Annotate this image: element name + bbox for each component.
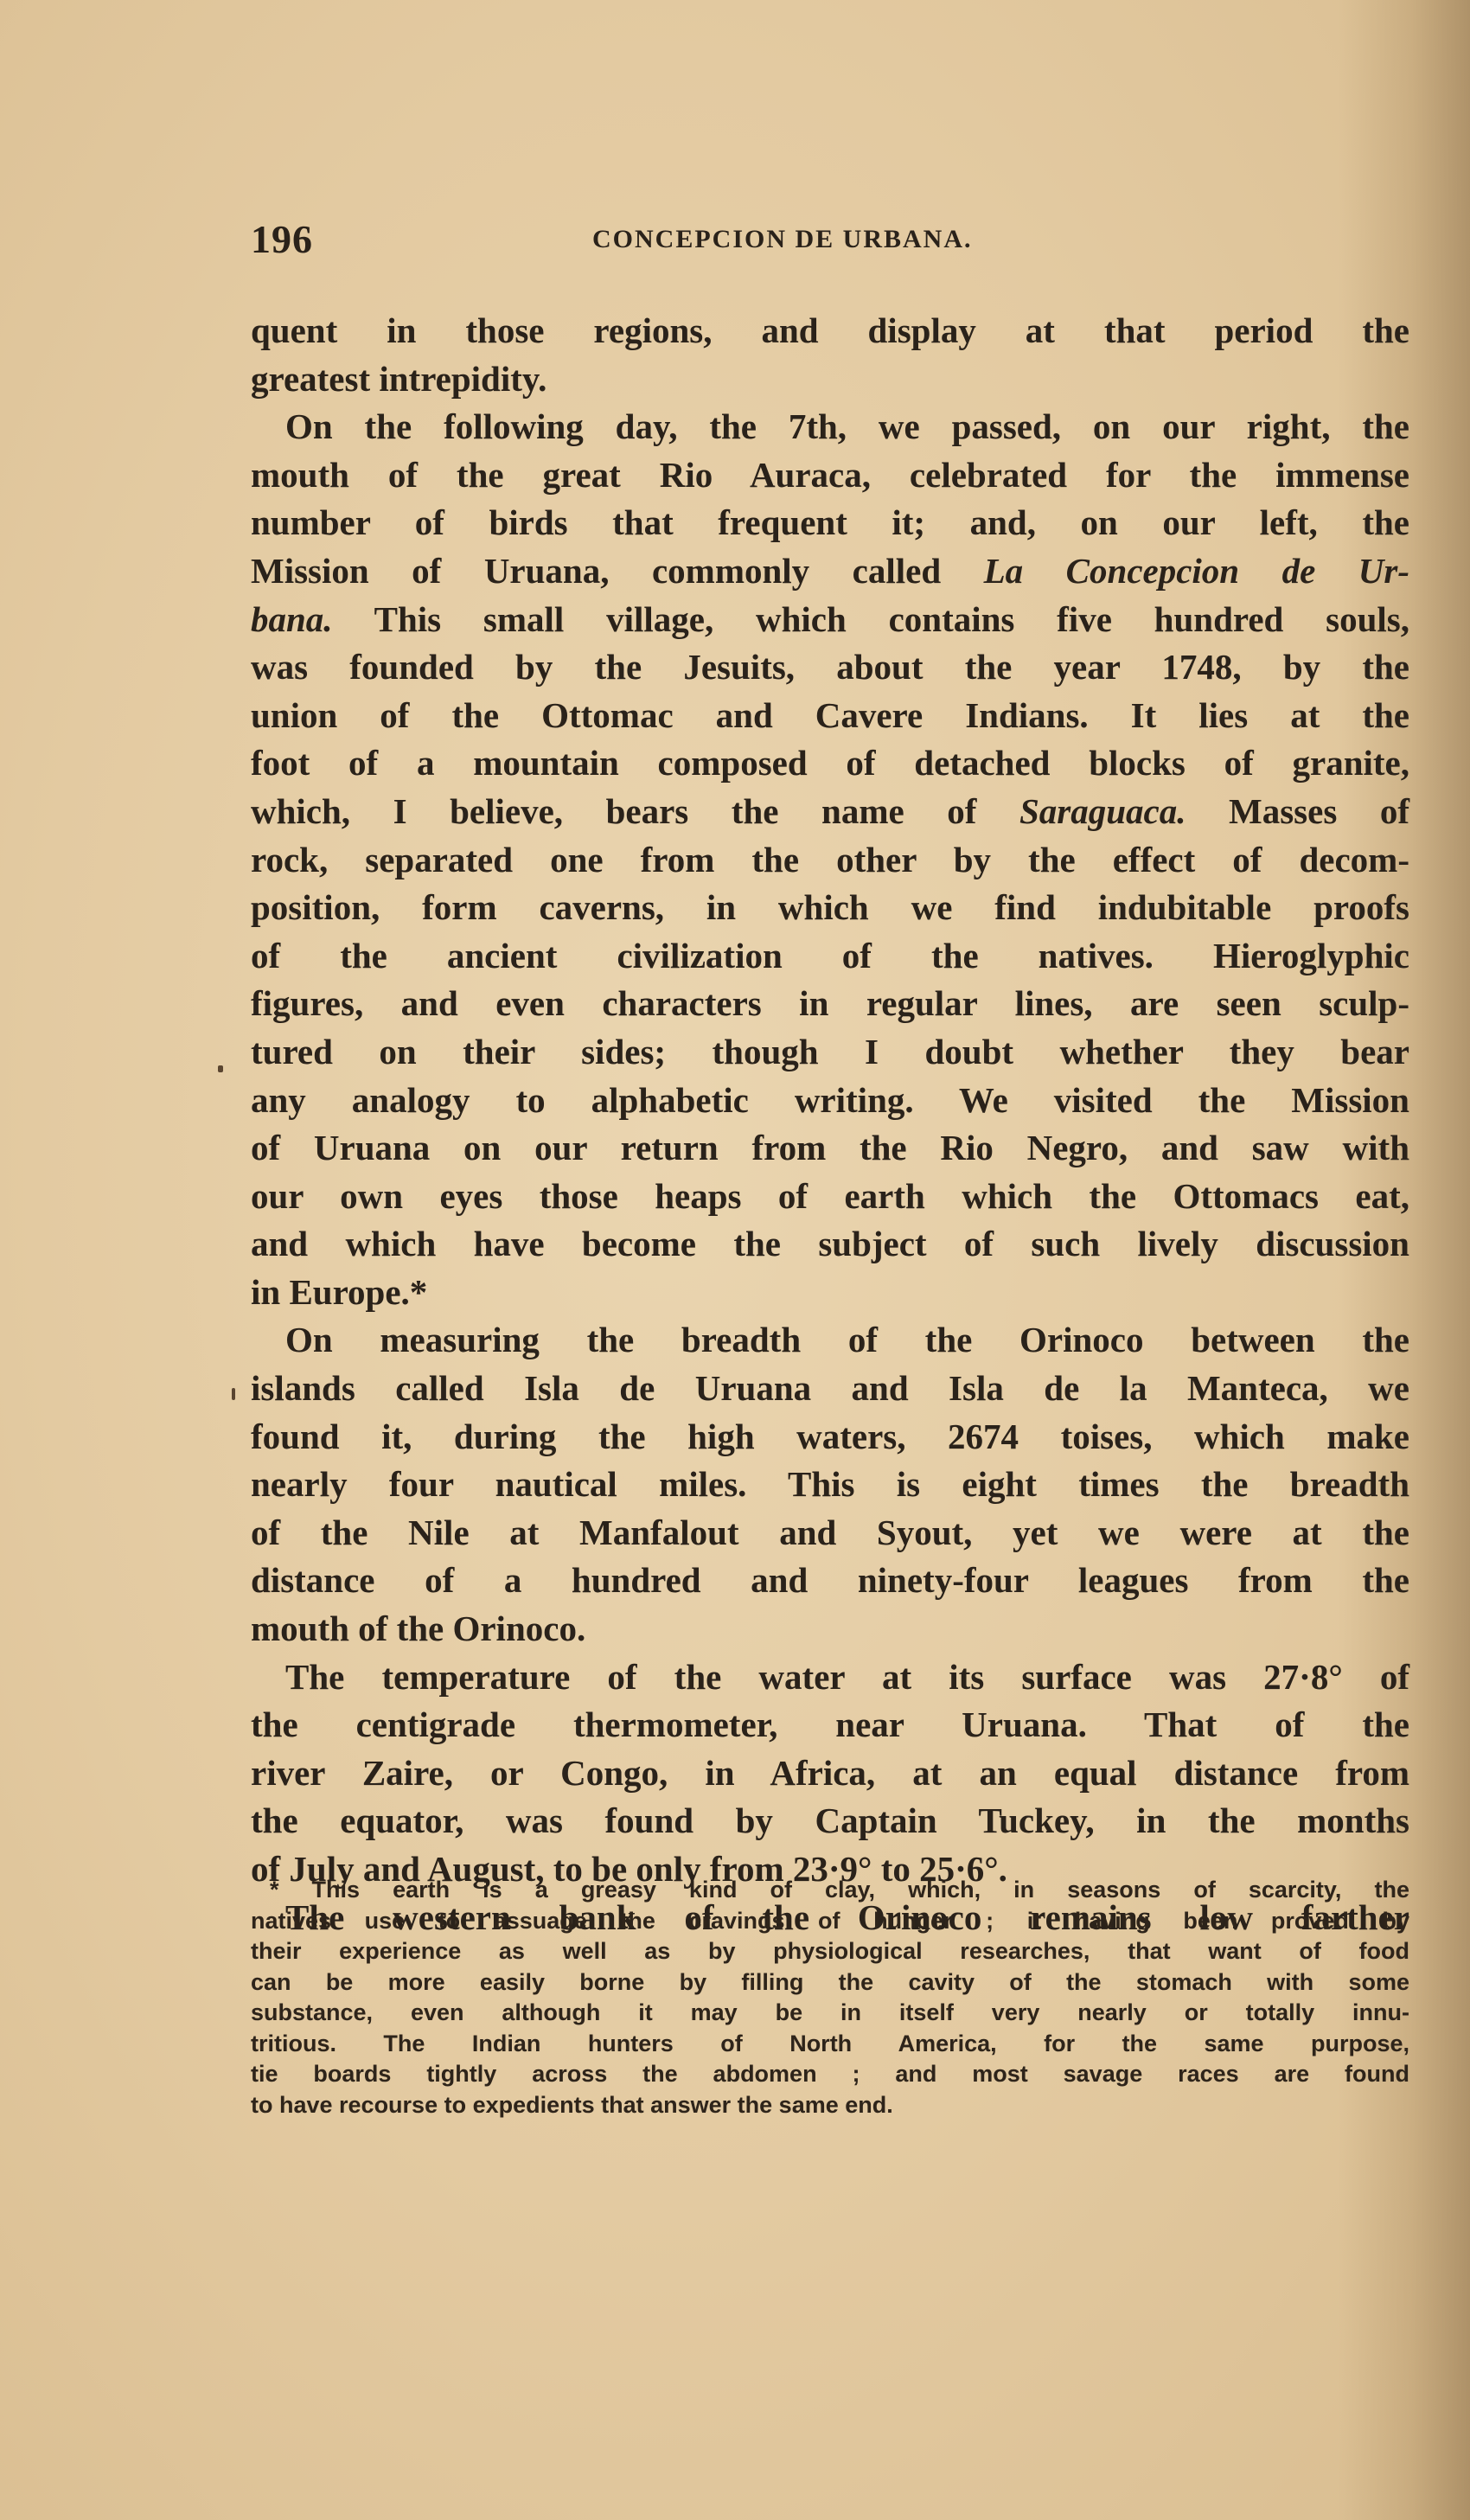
body-line: union of the Ottomac and Cavere Indians.… — [251, 692, 1409, 740]
running-title: CONCEPCION DE URBANA. — [592, 225, 973, 254]
body-text: quent in those regions, and display at t… — [251, 307, 1409, 1941]
body-line: mouth of the Orinoco. — [251, 1605, 1409, 1653]
body-line: Mission of Uruana, commonly called La Co… — [251, 547, 1409, 596]
body-line: the centigrade thermometer, near Uruana.… — [251, 1701, 1409, 1749]
body-line: The temperature of the water at its surf… — [251, 1653, 1409, 1702]
body-line: the equator, was found by Captain Tuckey… — [251, 1797, 1409, 1845]
running-head: 196 CONCEPCION DE URBANA. — [251, 216, 1409, 268]
body-line: found it, during the high waters, 2674 t… — [251, 1413, 1409, 1461]
body-line: foot of a mountain composed of detached … — [251, 739, 1409, 788]
body-line: river Zaire, or Congo, in Africa, at an … — [251, 1749, 1409, 1798]
body-line: figures, and even characters in regular … — [251, 980, 1409, 1028]
body-line: in Europe.* — [251, 1269, 1409, 1317]
footnote-line: their experience as well as by physiolog… — [251, 1936, 1409, 1967]
page-number: 196 — [251, 216, 313, 262]
body-line: of the Nile at Manfalout and Syout, yet … — [251, 1509, 1409, 1557]
body-line: mouth of the great Rio Auraca, celebrate… — [251, 451, 1409, 500]
body-line: On measuring the breadth of the Orinoco … — [251, 1316, 1409, 1365]
body-line: of the ancient civilization of the nativ… — [251, 932, 1409, 981]
body-line: number of birds that frequent it; and, o… — [251, 499, 1409, 547]
footnote-line: * This earth is a greasy kind of clay, w… — [251, 1875, 1409, 1906]
margin-speck — [218, 1065, 223, 1072]
margin-speck — [232, 1388, 235, 1400]
body-line: position, form caverns, in which we find… — [251, 884, 1409, 932]
footnote-line: to have recourse to expedients that answ… — [251, 2090, 1409, 2121]
footnote-line: tie boards tightly across the abdomen ; … — [251, 2059, 1409, 2090]
body-line: greatest intrepidity. — [251, 355, 1409, 404]
body-line: quent in those regions, and display at t… — [251, 307, 1409, 355]
body-line: rock, separated one from the other by th… — [251, 836, 1409, 885]
footnote-line: natives use to assuage the cravings of h… — [251, 1906, 1409, 1937]
italic-term: bana. — [251, 599, 333, 639]
footnote-line: can be more easily borne by filling the … — [251, 1967, 1409, 1999]
footnote-line: substance, even although it may be in it… — [251, 1998, 1409, 2029]
body-line: On the following day, the 7th, we passed… — [251, 403, 1409, 451]
body-line: our own eyes those heaps of earth which … — [251, 1173, 1409, 1221]
body-line: any analogy to alphabetic writing. We vi… — [251, 1077, 1409, 1125]
italic-term: Saraguaca. — [1019, 791, 1186, 831]
body-line: tured on their sides; though I doubt whe… — [251, 1028, 1409, 1077]
body-line: which, I believe, bears the name of Sara… — [251, 788, 1409, 836]
body-line: islands called Isla de Uruana and Isla d… — [251, 1365, 1409, 1413]
body-line: was founded by the Jesuits, about the ye… — [251, 643, 1409, 692]
italic-term: La Concepcion de Ur- — [984, 551, 1409, 591]
body-line: and which have become the subject of suc… — [251, 1220, 1409, 1269]
body-line: nearly four nautical miles. This is eigh… — [251, 1461, 1409, 1509]
footnote: * This earth is a greasy kind of clay, w… — [251, 1875, 1409, 2120]
footnote-line: tritious. The Indian hunters of North Am… — [251, 2029, 1409, 2060]
body-line: distance of a hundred and ninety-four le… — [251, 1557, 1409, 1605]
body-line: bana. This small village, which contains… — [251, 596, 1409, 644]
body-line: of Uruana on our return from the Rio Neg… — [251, 1124, 1409, 1173]
